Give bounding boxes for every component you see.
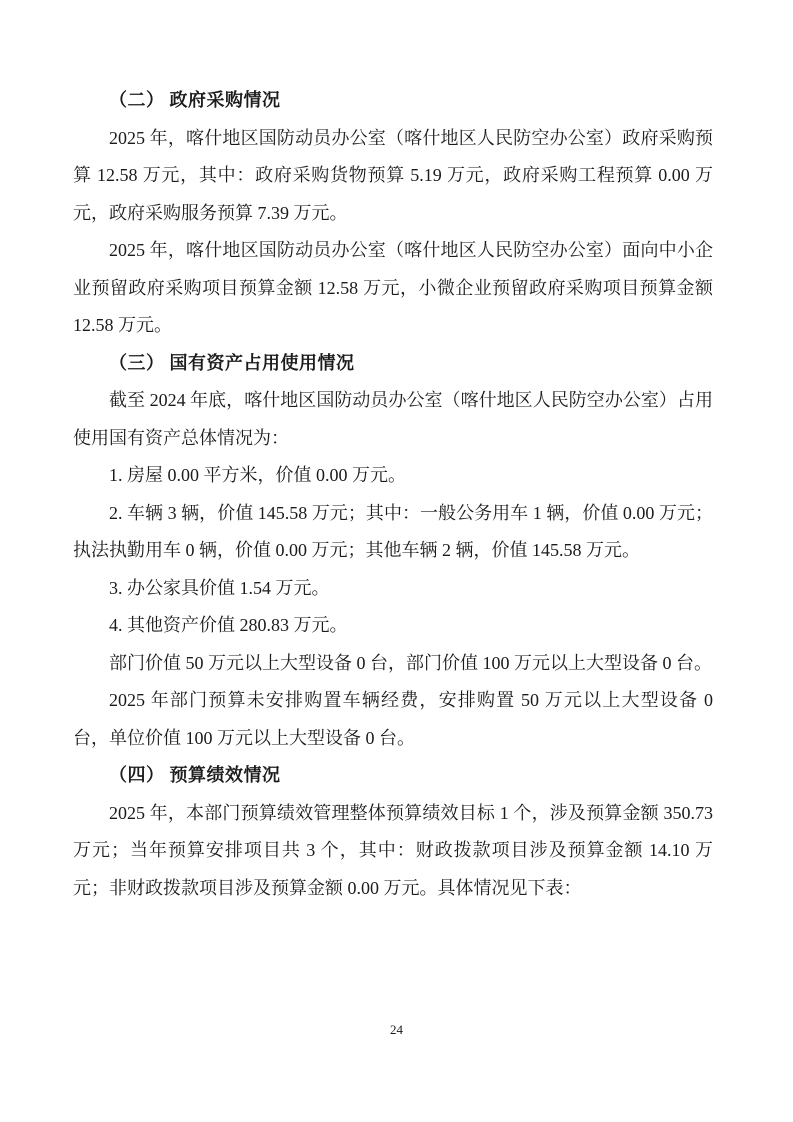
paragraph: 2025 年，喀什地区国防动员办公室（喀什地区人民防空办公室）政府采购预算 12… xyxy=(73,120,713,233)
document-page: （二） 政府采购情况 2025 年，喀什地区国防动员办公室（喀什地区人民防空办公… xyxy=(0,0,793,1122)
section-government-procurement: （二） 政府采购情况 2025 年，喀什地区国防动员办公室（喀什地区人民防空办公… xyxy=(73,82,713,345)
list-item-office-furniture: 3. 办公家具价值 1.54 万元。 xyxy=(73,570,713,608)
section-heading-state-owned-assets: （三） 国有资产占用使用情况 xyxy=(73,345,713,383)
section-heading-government-procurement: （二） 政府采购情况 xyxy=(73,82,713,120)
paragraph: 2025 年，本部门预算绩效管理整体预算绩效目标 1 个，涉及预算金额 350.… xyxy=(73,795,713,908)
list-item-vehicles: 2. 车辆 3 辆，价值 145.58 万元；其中：一般公务用车 1 辆，价值 … xyxy=(73,495,713,570)
section-state-owned-assets: （三） 国有资产占用使用情况 截至 2024 年底，喀什地区国防动员办公室（喀什… xyxy=(73,345,713,758)
document-body: （二） 政府采购情况 2025 年，喀什地区国防动员办公室（喀什地区人民防空办公… xyxy=(73,82,713,907)
section-heading-budget-performance: （四） 预算绩效情况 xyxy=(73,757,713,795)
page-number: 24 xyxy=(0,1020,793,1040)
list-item-housing: 1. 房屋 0.00 平方米，价值 0.00 万元。 xyxy=(73,457,713,495)
list-item-other-assets: 4. 其他资产价值 280.83 万元。 xyxy=(73,607,713,645)
paragraph: 截至 2024 年底，喀什地区国防动员办公室（喀什地区人民防空办公室）占用使用国… xyxy=(73,382,713,457)
paragraph: 部门价值 50 万元以上大型设备 0 台，部门价值 100 万元以上大型设备 0… xyxy=(73,645,713,683)
paragraph: 2025 年，喀什地区国防动员办公室（喀什地区人民防空办公室）面向中小企业预留政… xyxy=(73,232,713,345)
paragraph: 2025 年部门预算未安排购置车辆经费，安排购置 50 万元以上大型设备 0 台… xyxy=(73,682,713,757)
section-budget-performance: （四） 预算绩效情况 2025 年，本部门预算绩效管理整体预算绩效目标 1 个，… xyxy=(73,757,713,907)
